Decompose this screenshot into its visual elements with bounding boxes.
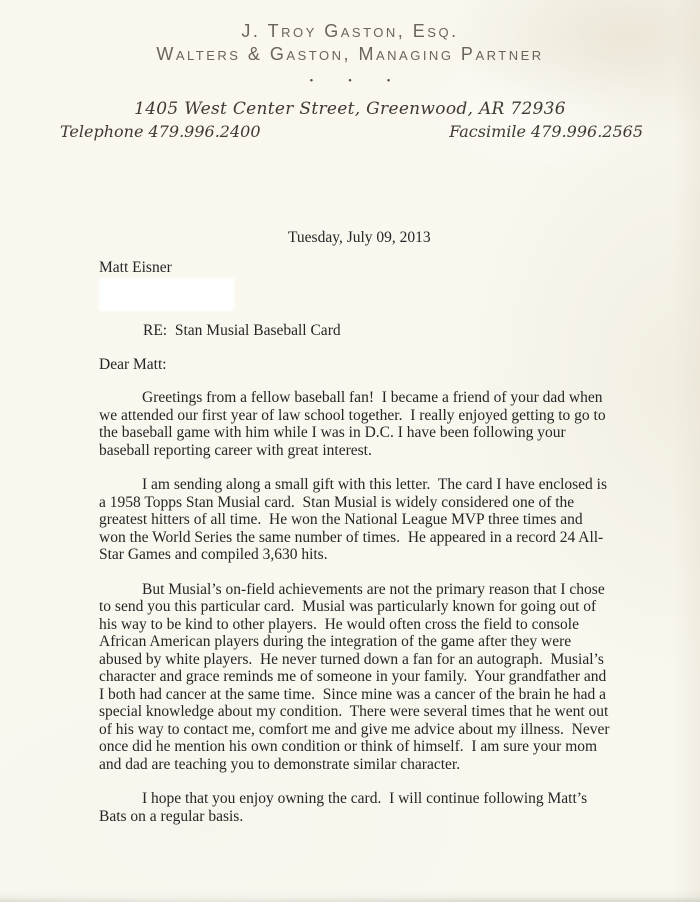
letterhead: J. Troy Gaston, Esq. Walters & Gaston, M… <box>0 0 700 142</box>
letterhead-attorney-name: J. Troy Gaston, Esq. <box>0 21 700 41</box>
scanned-letter-page: J. Troy Gaston, Esq. Walters & Gaston, M… <box>0 0 700 902</box>
letterhead-street-address: 1405 West Center Street, Greenwood, AR 7… <box>0 99 700 120</box>
letter-body: Greetings from a fellow baseball fan! I … <box>99 389 613 825</box>
redacted-address-block <box>100 279 233 310</box>
letterhead-contact-row: Telephone 479.996.2400 Facsimile 479.996… <box>0 121 700 142</box>
recipient-name: Matt Eisner <box>0 259 700 277</box>
letterhead-telephone: Telephone 479.996.2400 <box>60 121 261 142</box>
ornament-dots: • • • <box>0 76 700 87</box>
letter-date: Tuesday, July 09, 2013 <box>0 229 700 247</box>
salutation: Dear Matt: <box>99 356 700 374</box>
body-paragraph: But Musial’s on-field achievements are n… <box>99 581 613 774</box>
letterhead-firm-name: Walters & Gaston, Managing Partner <box>0 44 700 64</box>
letterhead-facsimile: Facsimile 479.996.2565 <box>449 121 643 142</box>
body-paragraph: Greetings from a fellow baseball fan! I … <box>99 389 613 459</box>
body-paragraph: I hope that you enjoy owning the card. I… <box>99 790 613 825</box>
re-subject-line: RE: Stan Musial Baseball Card <box>143 322 700 340</box>
body-paragraph: I am sending along a small gift with thi… <box>99 476 613 564</box>
